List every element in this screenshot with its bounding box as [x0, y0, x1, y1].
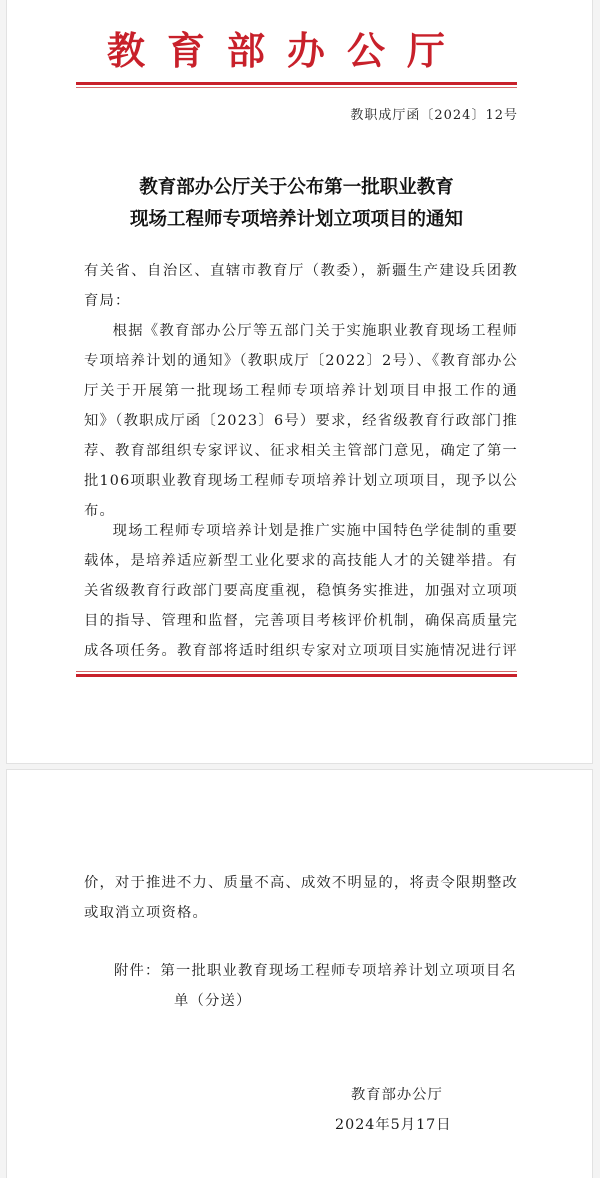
- attachment-label: 附件：: [114, 963, 161, 979]
- document-title: 教育部办公厅关于公布第一批职业教育 现场工程师专项培养计划立项项目的通知: [76, 172, 517, 236]
- red-header-rule: [76, 82, 517, 88]
- attachment-note: 附件：第一批职业教育现场工程师专项培养计划立项项目名 单（分送）: [114, 956, 524, 1016]
- red-rule-thick: [76, 674, 517, 677]
- paragraph-3-text: 价，对于推进不力、质量不高、成效不明显的，将责令限期整改或取消立项资格。: [84, 868, 518, 928]
- red-rule-thick: [76, 82, 517, 85]
- addressee: 有关省、自治区、直辖市教育厅（教委），新疆生产建设兵团教育局：: [84, 256, 518, 316]
- attachment-title-line-1: 第一批职业教育现场工程师专项培养计划立项项目名: [161, 963, 517, 979]
- paragraph-2-text: 现场工程师专项培养计划是推广实施中国特色学徒制的重要载体，是培养适应新型工业化要…: [84, 516, 518, 666]
- paragraph-basis: 根据《教育部办公厅等五部门关于实施职业教育现场工程师专项培养计划的通知》（教职成…: [84, 316, 518, 526]
- signature-organization: 教育部办公厅: [335, 1080, 495, 1110]
- signature-date: 2024年5月17日: [335, 1110, 495, 1140]
- document-title-line-1: 教育部办公厅关于公布第一批职业教育: [76, 172, 517, 204]
- attachment-title-line-2: 单（分送）: [114, 986, 524, 1016]
- red-rule-thin: [76, 671, 517, 672]
- red-rule-thin: [76, 87, 517, 88]
- issuing-organization-header: 教育部办公厅: [82, 26, 492, 76]
- paragraph-continuation: 价，对于推进不力、质量不高、成效不明显的，将责令限期整改或取消立项资格。: [84, 868, 518, 928]
- paragraph-1-text: 根据《教育部办公厅等五部门关于实施职业教育现场工程师专项培养计划的通知》（教职成…: [84, 316, 518, 526]
- signature-block: 教育部办公厅 2024年5月17日: [335, 1080, 495, 1140]
- document-number: 教职成厅函〔2024〕12号: [350, 104, 518, 123]
- addressee-text: 有关省、自治区、直辖市教育厅（教委），新疆生产建设兵团教育局：: [84, 256, 518, 316]
- paragraph-requirements: 现场工程师专项培养计划是推广实施中国特色学徒制的重要载体，是培养适应新型工业化要…: [84, 516, 518, 666]
- red-footer-rule: [76, 671, 517, 677]
- document-title-line-2: 现场工程师专项培养计划立项项目的通知: [76, 204, 517, 236]
